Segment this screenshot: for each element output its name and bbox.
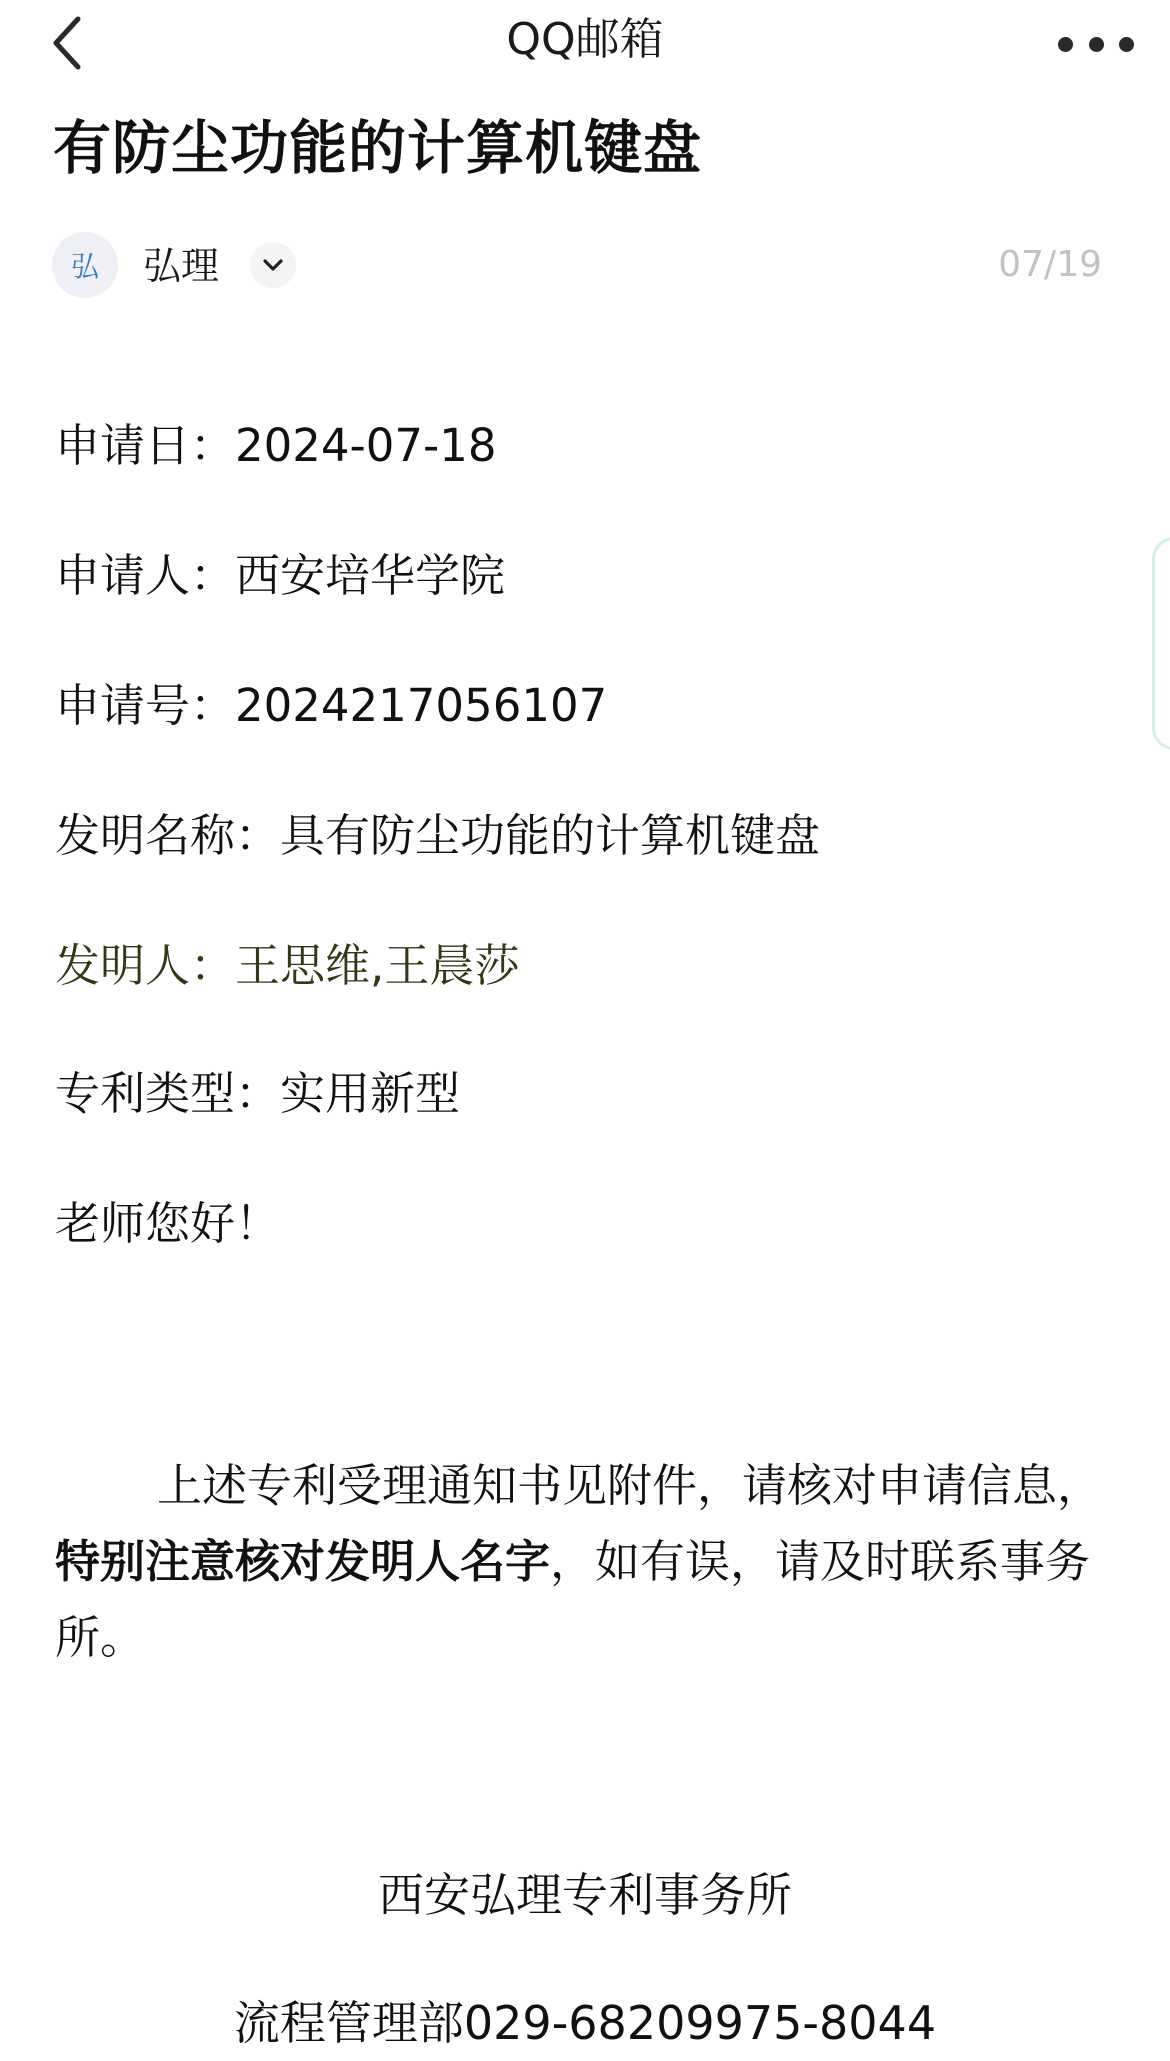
field-applicant: 申请人：西安培华学院 [55, 546, 505, 606]
field-label: 专利类型： [55, 1067, 280, 1120]
greeting: 老师您好！ [55, 1194, 280, 1254]
more-horizontal-icon [1089, 37, 1104, 52]
sender-avatar[interactable]: 弘 [52, 232, 118, 298]
floating-side-handle[interactable] [1152, 537, 1170, 750]
avatar-initial: 弘 [71, 245, 99, 285]
notice-paragraph: 上述专利受理通知书见附件，请核对申请信息，特别注意核对发明人名字，如有误，请及时… [55, 1448, 1105, 1676]
field-label: 申请人： [55, 549, 235, 602]
sender-details-toggle[interactable] [250, 242, 296, 288]
field-label: 发明人： [55, 939, 235, 992]
more-horizontal-icon [1058, 37, 1073, 52]
field-invention-name: 发明名称：具有防尘功能的计算机键盘 [55, 806, 820, 866]
field-value: 2024-07-18 [235, 419, 497, 472]
field-value: 2024217056107 [235, 679, 607, 732]
paragraph-emphasis: 特别注意核对发明人名字 [55, 1535, 550, 1588]
chevron-down-icon [262, 258, 284, 272]
signature-org: 西安弘理专利事务所 [0, 1865, 1170, 1925]
field-label: 发明名称： [55, 809, 280, 862]
field-value: 具有防尘功能的计算机键盘 [280, 809, 820, 862]
sender-name[interactable]: 弘理 [143, 240, 219, 292]
field-label: 申请号： [55, 679, 235, 732]
app-title: QQ邮箱 [0, 12, 1170, 68]
field-value: 实用新型 [280, 1067, 460, 1120]
more-options-button[interactable] [1058, 22, 1134, 66]
signature-contact: 流程管理部029-68209975-8044 [0, 1993, 1170, 2053]
paragraph-text: 上述专利受理通知书见附件，请核对申请信息， [157, 1459, 1102, 1512]
field-application-number: 申请号：2024217056107 [55, 676, 607, 736]
field-application-date: 申请日：2024-07-18 [55, 416, 497, 476]
field-value: 西安培华学院 [235, 549, 505, 602]
email-subject: 有防尘功能的计算机键盘 [53, 108, 702, 188]
field-label: 申请日： [55, 419, 235, 472]
field-inventors: 发明人：王思维,王晨莎 [55, 936, 519, 996]
field-patent-type: 专利类型：实用新型 [55, 1064, 460, 1124]
email-date: 07/19 [998, 240, 1102, 290]
more-horizontal-icon [1119, 37, 1134, 52]
field-value: 王思维,王晨莎 [235, 939, 519, 992]
